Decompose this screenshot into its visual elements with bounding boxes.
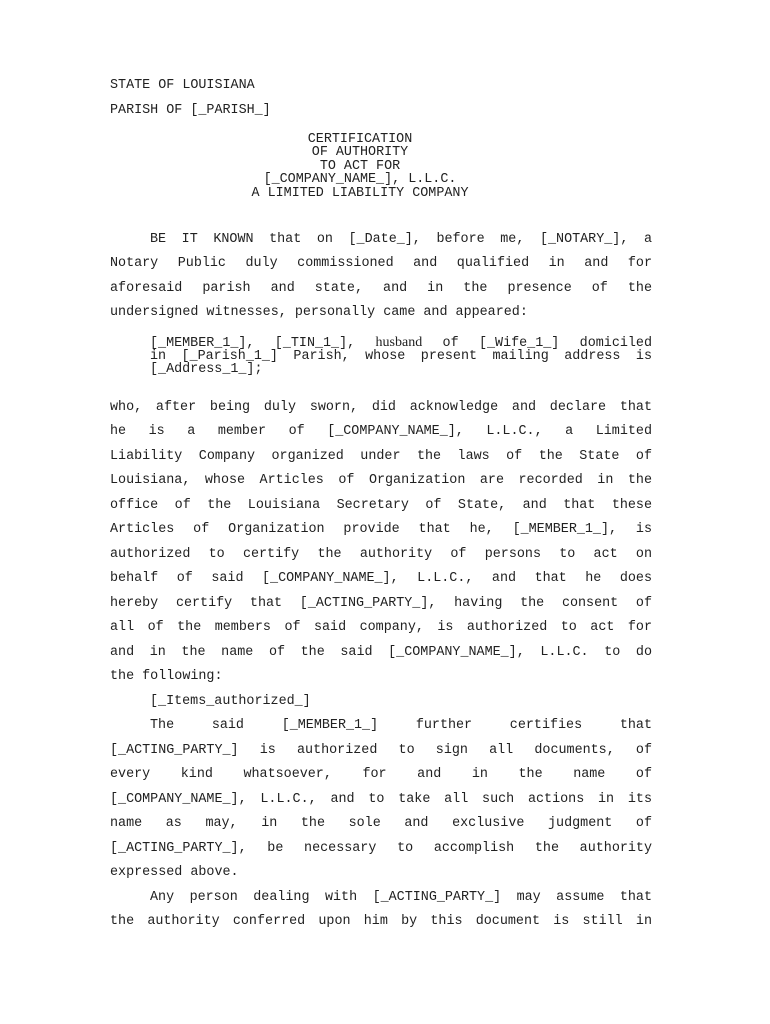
paragraph-line: [_ACTING_PARTY_], be necessary to accomp… — [110, 837, 652, 862]
title-line-company-name: [_COMPANY_NAME_], L.L.C. — [110, 173, 610, 186]
paragraph-line: the authority conferred upon him by this… — [110, 910, 652, 935]
paragraph-line: who, after being duly sworn, did acknowl… — [110, 396, 652, 421]
paragraph-line: Liability Company organized under the la… — [110, 445, 652, 470]
paragraph-line: Louisiana, whose Articles of Organizatio… — [110, 469, 652, 494]
paragraph-line: [_ACTING_PARTY_] is authorized to sign a… — [110, 739, 652, 764]
paragraph-line: [_COMPANY_NAME_], L.L.C., and to take al… — [110, 788, 652, 813]
appearer-block: [_MEMBER_1_], [_TIN_1_], husband of [_Wi… — [110, 336, 652, 377]
appearer-line-1: [_MEMBER_1_], [_TIN_1_], husband of [_Wi… — [150, 336, 652, 350]
paragraph-line: Articles of Organization provide that he… — [110, 518, 652, 543]
paragraph-line: expressed above. — [110, 861, 652, 886]
paragraph-line: Any person dealing with [_ACTING_PARTY_]… — [110, 886, 652, 911]
paragraph-line: authorized to certify the authority of p… — [110, 543, 652, 568]
paragraph-line: hereby certify that [_ACTING_PARTY_], ha… — [110, 592, 652, 617]
document-title: CERTIFICATION OF AUTHORITY TO ACT FOR [_… — [110, 133, 610, 200]
appearer-line-3: [_Address_1_]; — [150, 363, 652, 376]
paragraph-line: office of the Louisiana Secretary of Sta… — [110, 494, 652, 519]
paragraph-line: name as may, in the sole and exclusive j… — [110, 812, 652, 837]
paragraph-line: The said [_MEMBER_1_] further certifies … — [110, 714, 652, 739]
paragraph-line: all of the members of said company, is a… — [110, 616, 652, 641]
title-line-of-authority: OF AUTHORITY — [110, 146, 610, 159]
document-page: STATE OF LOUISIANA PARISH OF [_PARISH_] … — [0, 0, 770, 1024]
paragraph-be-it-known: BE IT KNOWN that on [_Date_], before me,… — [110, 228, 652, 326]
title-line-to-act-for: TO ACT FOR — [110, 160, 610, 173]
paragraph-who-sworn: who, after being duly sworn, did acknowl… — [110, 396, 652, 690]
items-authorized-placeholder: [_Items_authorized_] — [110, 690, 652, 715]
paragraph-line: undersigned witnesses, personally came a… — [110, 301, 652, 326]
title-line-certification: CERTIFICATION — [110, 133, 610, 146]
paragraph-line: the following: — [110, 665, 652, 690]
paragraph-line: every kind whatsoever, for and in the na… — [110, 763, 652, 788]
paragraph-line: BE IT KNOWN that on [_Date_], before me,… — [110, 228, 652, 253]
paragraph-line: he is a member of [_COMPANY_NAME_], L.L.… — [110, 420, 652, 445]
document-content: STATE OF LOUISIANA PARISH OF [_PARISH_] … — [110, 74, 652, 935]
appearer-husband-word: husband — [376, 335, 423, 350]
paragraph-line: behalf of said [_COMPANY_NAME_], L.L.C.,… — [110, 567, 652, 592]
venue-state-line: STATE OF LOUISIANA — [110, 74, 652, 99]
title-line-limited-liability: A LIMITED LIABILITY COMPANY — [110, 187, 610, 200]
paragraph-line: and in the name of the said [_COMPANY_NA… — [110, 641, 652, 666]
paragraph-the-said: The said [_MEMBER_1_] further certifies … — [110, 714, 652, 886]
paragraph-any-person: Any person dealing with [_ACTING_PARTY_]… — [110, 886, 652, 935]
appearer-line-2: in [_Parish_1_] Parish, whose present ma… — [150, 350, 652, 363]
paragraph-line: aforesaid parish and state, and in the p… — [110, 277, 652, 302]
paragraph-line: Notary Public duly commissioned and qual… — [110, 252, 652, 277]
venue-parish-line: PARISH OF [_PARISH_] — [110, 99, 652, 124]
